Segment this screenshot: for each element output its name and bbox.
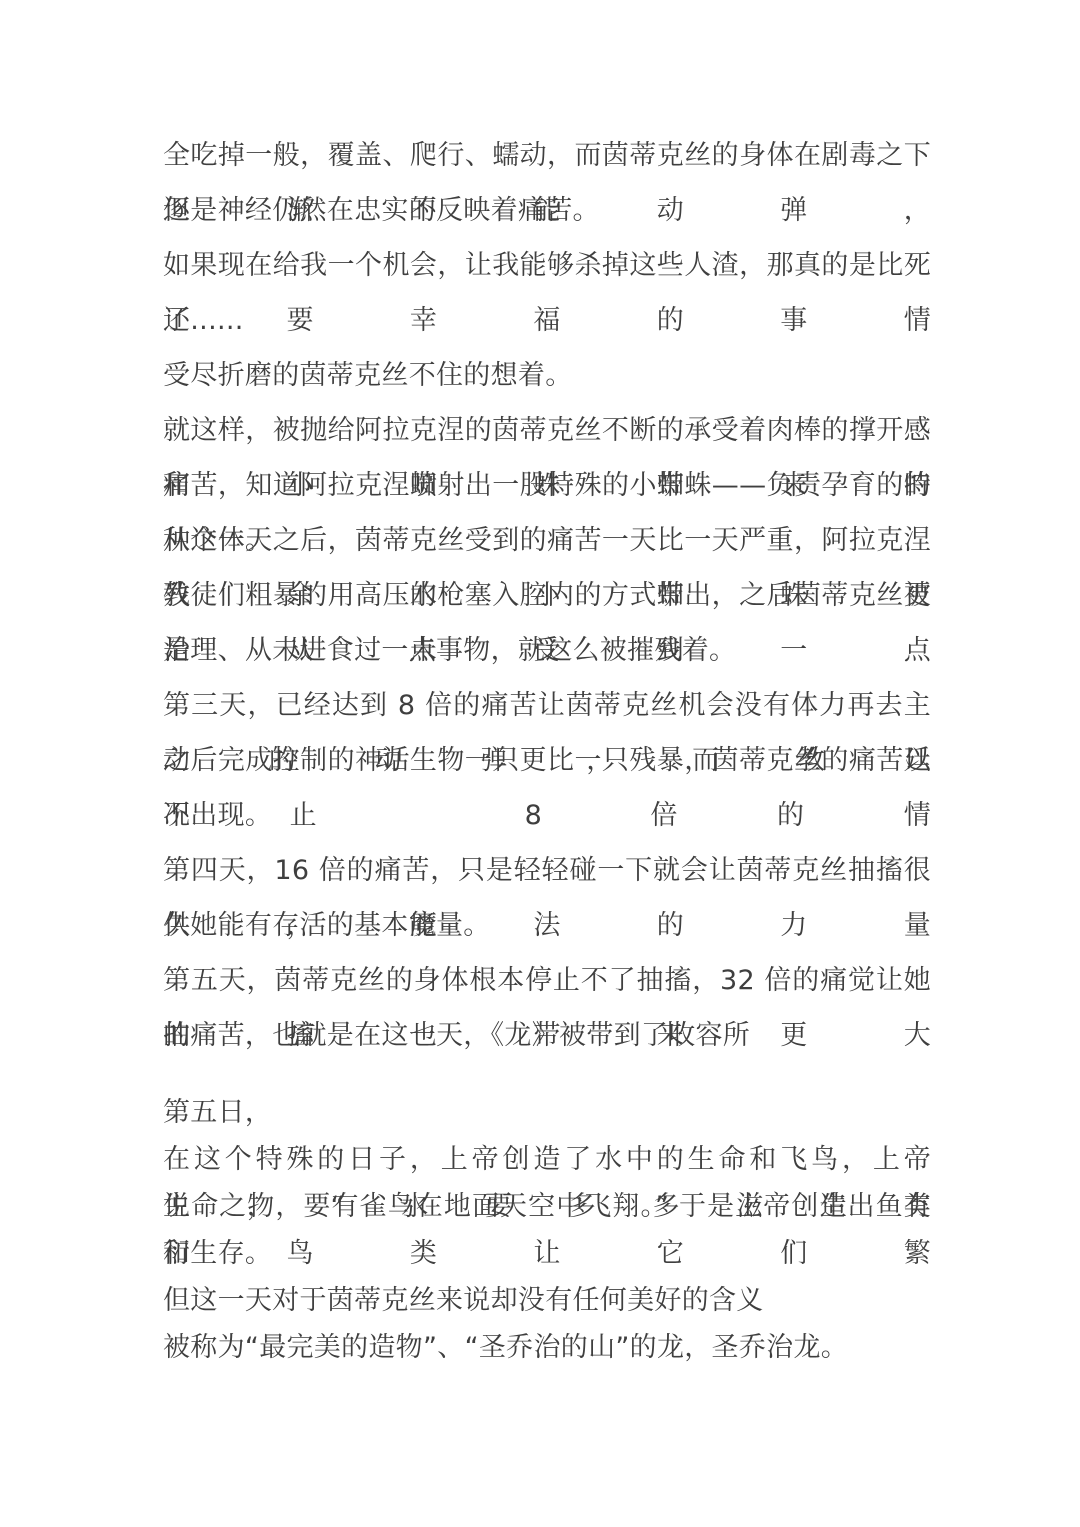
- text-line: 痛苦，知道阿拉克涅喷射出一股特殊的小蜘蛛——负责孕育的特种个体。: [163, 458, 931, 513]
- text-line: 第五日，: [163, 1089, 931, 1136]
- document-page: 全吃掉一般，覆盖、爬行、蠕动，而茵蒂克丝的身体在剧毒之下逐渐不能动弹，但是神经仍…: [0, 0, 1080, 1527]
- text-line: 如果现在给我一个机会，让我能够杀掉这些人渣，那真的是比死还要幸福的事情: [163, 238, 931, 293]
- text-line: 第三天，已经达到 8 倍的痛苦让茵蒂克丝机会没有体力再去主动的动弹，而教廷: [163, 678, 931, 733]
- text-line: 受尽折磨的茵蒂克丝不住的想着。: [163, 348, 931, 403]
- text-line: 第四天，16 倍的痛苦，只是轻轻碰一下就会让茵蒂克丝抽搐很久，魔法的力量: [163, 843, 931, 898]
- text-line: 教徒们粗暴的用高压水枪塞入腔内的方式带出，之后茵蒂克丝更是从未受到一点: [163, 568, 931, 623]
- text-line: 第五天，茵蒂克丝的身体根本停止不了抽搐，32 倍的痛觉让她抽搐也带来更大: [163, 953, 931, 1008]
- text-line: 但这一天对于茵蒂克丝来说却没有任何美好的含义: [163, 1277, 931, 1324]
- text-line: 全吃掉一般，覆盖、爬行、蠕动，而茵蒂克丝的身体在剧毒之下逐渐不能动弹，: [163, 128, 931, 183]
- text-line: 从这一天之后，茵蒂克丝受到的痛苦一天比一天严重，阿拉克涅残余的小蜘蛛被: [163, 513, 931, 568]
- text-content: 全吃掉一般，覆盖、爬行、蠕动，而茵蒂克丝的身体在剧毒之下逐渐不能动弹，但是神经仍…: [163, 128, 931, 1371]
- text-line: 生命之物，要有雀鸟在地面天空中飞翔。” 于是上帝创造出鱼类和鸟类让它们繁: [163, 1183, 931, 1230]
- text-line: 就这样，被抛给阿拉克涅的茵蒂克丝不断的承受着肉棒的撑开感和小蜘蛛带来的: [163, 403, 931, 458]
- text-line: 在这个特殊的日子，上帝创造了水中的生命和飞鸟，上帝说，“水要多多滋生有: [163, 1136, 931, 1183]
- text-line: 之后完成控制的神话生物一只更比一只残暴，茵蒂克丝的痛苦以不止 8 倍的情: [163, 733, 931, 788]
- text-line: 被称为“最完美的造物”、“圣乔治的山”的龙，圣乔治龙。: [163, 1324, 931, 1371]
